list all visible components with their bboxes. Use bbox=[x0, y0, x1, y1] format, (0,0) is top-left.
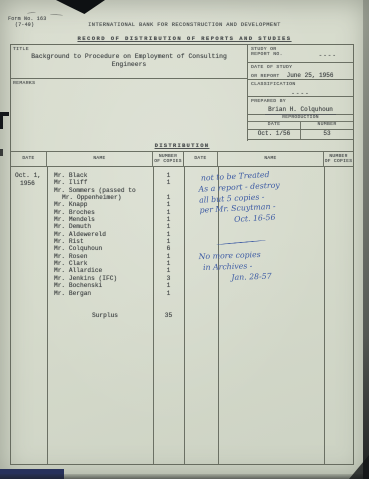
handwritten-note-destroy: not to be TreatedAs a report - destroyal… bbox=[198, 166, 343, 227]
column-header-copies-right: NUMBER OF COPIES bbox=[324, 152, 353, 166]
pencil-squiggle bbox=[50, 14, 63, 18]
reproduction-label: REPRODUCTION bbox=[248, 115, 353, 122]
surplus-layer: Surplus 35 bbox=[47, 167, 184, 319]
reproduction-number-value: 53 bbox=[301, 130, 353, 139]
scan-artifact-right-edge bbox=[363, 0, 369, 479]
prepared-by-name: Brian H. Colquhoun bbox=[265, 106, 336, 115]
scan-artifact-left-mark-stem bbox=[0, 112, 3, 129]
title-label: TITLE bbox=[13, 47, 29, 52]
organization-name: INTERNATIONAL BANK FOR RECONSTRUCTION AN… bbox=[0, 22, 369, 28]
distribution-header-row: DATE NAME NUMBER OF COPIES DATE NAME NUM… bbox=[11, 151, 353, 167]
column-header-name-left: NAME bbox=[47, 152, 153, 166]
header-right-panel: STUDY OR REPORT NO. ---- DATE OF STUDY O… bbox=[248, 45, 353, 141]
title-value-line1: Background to Procedure on Employment of… bbox=[11, 53, 247, 61]
distribution-body: Oct. 1, 1956 Mr. Black1Mr. Iliff1Mr. Som… bbox=[11, 167, 353, 464]
study-date-field: DATE OF STUDY OR REPORT June 25, 1956 bbox=[248, 63, 353, 80]
copies-header-line2: OF COPIES bbox=[325, 159, 353, 164]
distribution-date-line2: 1956 bbox=[15, 180, 41, 188]
prepared-by-value: Brian H. Colquhoun bbox=[251, 106, 350, 113]
prepared-by-field: PREPARED BY Brian H. Colquhoun bbox=[248, 97, 353, 115]
classification-label: CLASSIFICATION bbox=[251, 82, 350, 87]
column-header-copies-left: NUMBER OF COPIES bbox=[153, 152, 184, 166]
prepared-by-label: PREPARED BY bbox=[251, 99, 350, 104]
form-table: TITLE Background to Procedure on Employm… bbox=[10, 44, 354, 465]
scan-artifact-top-wedge bbox=[56, 0, 105, 14]
title-value: Background to Procedure on Employment of… bbox=[11, 53, 247, 69]
header-left-panel: TITLE Background to Procedure on Employm… bbox=[11, 45, 248, 141]
scan-artifact-bottom-edge bbox=[0, 474, 369, 479]
classification-value: ---- bbox=[251, 90, 350, 97]
classification-field: CLASSIFICATION ---- bbox=[248, 80, 353, 97]
distribution-section-title: DISTRIBUTION bbox=[11, 141, 353, 151]
reproduction-date-value: Oct. 1/56 bbox=[248, 130, 301, 139]
surplus-copies-value: 35 bbox=[153, 312, 184, 319]
reproduction-date-label: DATE bbox=[248, 122, 301, 129]
study-date-label-2: OR REPORT bbox=[251, 74, 280, 79]
scan-artifact-left-dot bbox=[0, 149, 3, 156]
header-section: TITLE Background to Procedure on Employm… bbox=[11, 45, 353, 141]
study-date-value: June 25, 1956 bbox=[287, 72, 334, 79]
pencil-squiggle bbox=[27, 11, 36, 15]
remarks-label: REMARKS bbox=[13, 81, 35, 86]
copies-header-line2: OF COPIES bbox=[154, 159, 182, 164]
column-header-name-right: NAME bbox=[218, 152, 324, 166]
study-date-label-1: DATE OF STUDY bbox=[251, 65, 350, 70]
handwritten-underline-stroke bbox=[216, 240, 266, 245]
column-divider bbox=[184, 167, 185, 464]
report-no-value: ---- bbox=[319, 52, 337, 59]
distribution-date: Oct. 1, 1956 bbox=[15, 172, 41, 187]
distribution-date-line1: Oct. 1, bbox=[15, 172, 41, 180]
reproduction-field: REPRODUCTION DATE NUMBER Oct. 1/56 53 bbox=[248, 115, 353, 141]
column-header-date-left: DATE bbox=[11, 152, 47, 166]
surplus-row: Surplus 35 bbox=[47, 312, 184, 319]
column-header-date-right: DATE bbox=[184, 152, 218, 166]
scanned-document-page: Form No. 163 (7-49) INTERNATIONAL BANK F… bbox=[0, 0, 369, 479]
report-no-field: STUDY OR REPORT NO. ---- bbox=[248, 45, 353, 63]
document-title: RECORD OF DISTRIBUTION OF REPORTS AND ST… bbox=[0, 35, 369, 42]
surplus-label: Surplus bbox=[47, 312, 153, 319]
title-field: TITLE Background to Procedure on Employm… bbox=[11, 45, 247, 79]
title-value-line2: Engineers bbox=[11, 61, 247, 69]
reproduction-number-label: NUMBER bbox=[301, 122, 353, 129]
handwritten-note-archives: No more copiesin Archives -Jan. 28-57 bbox=[194, 248, 327, 285]
remarks-field: REMARKS bbox=[11, 79, 247, 141]
